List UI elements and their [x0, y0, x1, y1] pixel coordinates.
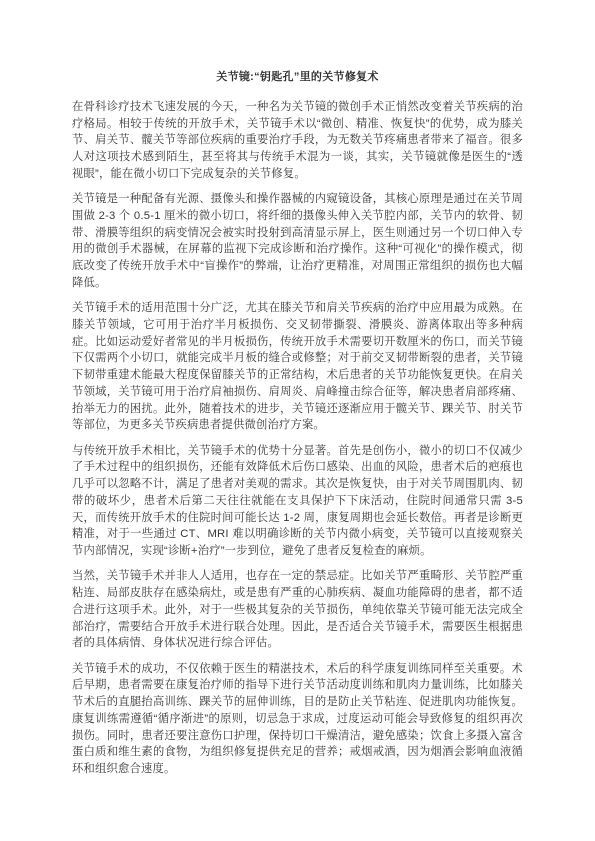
- paragraph-applications: 关节镜手术的适用范围十分广泛，尤其在膝关节和肩关节疾病的治疗中应用最为成熟。在膝…: [72, 300, 523, 434]
- paragraph-advantages: 与传统开放手术相比，关节镜手术的优势十分显著。首先是创伤小，微小的切口不仅减少了…: [72, 443, 523, 560]
- paragraph-contraindications: 当然，关节镜手术并非人人适用，也存在一定的禁忌症。比如关节严重畸形、关节腔严重粘…: [72, 568, 523, 652]
- paragraph-intro: 在骨科诊疗技术飞速发展的今天，一种名为关节镜的微创手术正悄然改变着关节疾病的治疗…: [72, 99, 523, 183]
- document-page: 关节镜:“钥匙孔”里的关节修复术 在骨科诊疗技术飞速发展的今天，一种名为关节镜的…: [0, 0, 595, 841]
- paragraph-principle: 关节镜是一种配备有光源、摄像头和操作器械的内窥镜设备，其核心原理是通过在关节周围…: [72, 191, 523, 291]
- paragraph-rehabilitation: 关节镜手术的成功，不仅依赖于医生的精湛技术，术后的科学康复训练同样至关重要。术后…: [72, 661, 523, 778]
- document-title: 关节镜:“钥匙孔”里的关节修复术: [72, 69, 523, 86]
